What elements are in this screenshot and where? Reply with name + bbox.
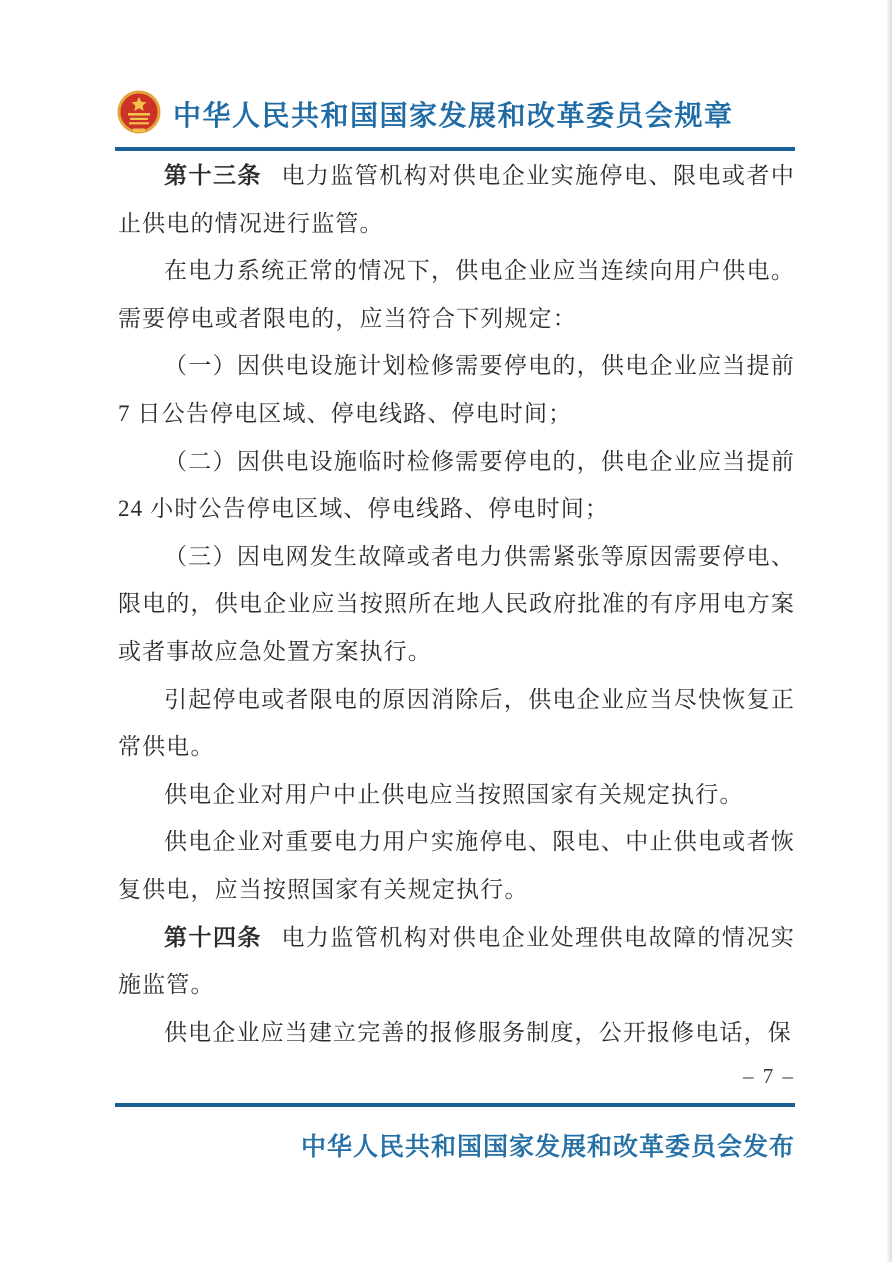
paragraph-text: 在电力系统正常的情况下，供电企业应当连续向用户供电。需要停电或者限电的，应当符合… — [118, 258, 795, 331]
page-number: – 7 – — [743, 1064, 795, 1089]
paragraph-text: 供电企业对重要电力用户实施停电、限电、中止供电或者恢复供电，应当按照国家有关规定… — [118, 829, 795, 902]
paragraph: 在电力系统正常的情况下，供电企业应当连续向用户供电。需要停电或者限电的，应当符合… — [118, 247, 795, 342]
paragraph-text: （三）因电网发生故障或者电力供需紧张等原因需要停电、限电的，供电企业应当按照所在… — [118, 544, 795, 664]
paragraph-text: （一）因供电设施计划检修需要停电的，供电企业应当提前7 日公告停电区域、停电线路… — [118, 353, 795, 426]
document-body: 第十三条电力监管机构对供电企业实施停电、限电或者中止供电的情况进行监管。在电力系… — [118, 152, 795, 1056]
document-footer: 中华人民共和国国家发展和改革委员会发布 — [301, 1127, 795, 1163]
paragraph-text: 供电企业对用户中止供电应当按照国家有关规定执行。 — [164, 782, 744, 807]
paragraph: 供电企业应当建立完善的报修服务制度，公开报修电话，保 — [118, 1009, 795, 1057]
footer-divider — [115, 1103, 795, 1107]
paragraph: 引起停电或者限电的原因消除后，供电企业应当尽快恢复正常供电。 — [118, 676, 795, 771]
paragraph: （一）因供电设施计划检修需要停电的，供电企业应当提前7 日公告停电区域、停电线路… — [118, 342, 795, 437]
document-header: 中华人民共和国国家发展和改革委员会规章 — [116, 88, 734, 140]
header-divider — [115, 147, 795, 151]
article-number: 第十四条 — [164, 924, 262, 950]
paragraph: （三）因电网发生故障或者电力供需紧张等原因需要停电、限电的，供电企业应当按照所在… — [118, 533, 795, 676]
paragraph: （二）因供电设施临时检修需要停电的，供电企业应当提前24 小时公告停电区域、停电… — [118, 438, 795, 533]
header-title: 中华人民共和国国家发展和改革委员会规章 — [173, 94, 734, 134]
paragraph-text: 引起停电或者限电的原因消除后，供电企业应当尽快恢复正常供电。 — [118, 687, 795, 760]
publisher-text: 中华人民共和国国家发展和改革委员会发布 — [301, 1133, 795, 1161]
paragraph-text: 供电企业应当建立完善的报修服务制度，公开报修电话，保 — [164, 1020, 792, 1045]
paragraph: 第十三条电力监管机构对供电企业实施停电、限电或者中止供电的情况进行监管。 — [118, 152, 795, 247]
article-number: 第十三条 — [164, 162, 262, 188]
document-page: 中华人民共和国国家发展和改革委员会规章 第十三条电力监管机构对供电企业实施停电、… — [0, 0, 892, 1262]
paragraph: 第十四条电力监管机构对供电企业处理供电故障的情况实施监管。 — [118, 914, 795, 1009]
paragraph: 供电企业对用户中止供电应当按照国家有关规定执行。 — [118, 771, 795, 819]
paragraph-text: （二）因供电设施临时检修需要停电的，供电企业应当提前24 小时公告停电区域、停电… — [118, 449, 795, 522]
paragraph: 供电企业对重要电力用户实施停电、限电、中止供电或者恢复供电，应当按照国家有关规定… — [118, 818, 795, 913]
china-national-emblem-icon — [116, 88, 162, 140]
page-right-edge — [886, 0, 892, 1262]
